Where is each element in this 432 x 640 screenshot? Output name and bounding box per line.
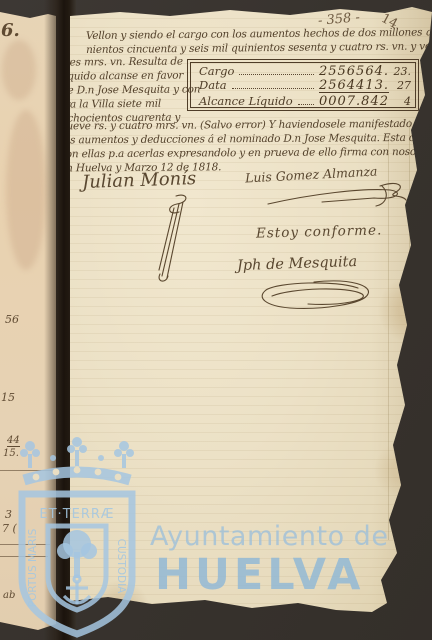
facing-page-digit-fragment: 3 — [5, 509, 12, 520]
signature-jph-mesquita: Jph de Mesquita — [237, 254, 358, 274]
archive-scan-canvas: 6. 56 15 44 15. 3 7 ( ab - 358 - 14 Vell… — [0, 0, 432, 640]
dotted-leader — [239, 74, 314, 75]
dotted-leader — [232, 88, 314, 89]
account-maravedis: 4 — [389, 96, 411, 108]
facing-page-text-fragment: ab — [3, 591, 15, 601]
manuscript-left-column: tres mrs. vn. Resulta de líquido alcanse… — [61, 54, 201, 125]
facing-page-stain — [6, 110, 46, 270]
facing-page-digit-fragment: 15 — [1, 392, 15, 403]
account-summary-box: Cargo 2556564. 23. Data 2564413. 27 Alca… — [190, 62, 416, 108]
facing-page-digit-fragment: 15. — [3, 449, 19, 459]
conforme-note: Estoy conforme. — [256, 222, 383, 241]
manuscript-line: de D.n Jose Mesquita y con — [61, 82, 200, 97]
account-label: Cargo — [199, 65, 234, 77]
account-maravedis: 23. — [389, 66, 411, 78]
manuscript-line: líquido alcanse en favor — [61, 68, 200, 83]
account-row-cargo: Cargo 2556564. 23. — [199, 65, 411, 79]
facing-page-number-fragment: 6. — [1, 22, 20, 40]
manuscript-line: tres mrs. vn. Resulta de — [61, 54, 200, 69]
manuscript-line: tra la Villa siete mil — [61, 96, 200, 111]
manuscript-paragraph-1: Vellon y siendo el cargo con los aumento… — [86, 25, 432, 57]
account-value: 0007.842 — [319, 95, 389, 108]
account-value: 2564413. — [319, 79, 389, 93]
signature-rubric-horizontal — [262, 180, 412, 212]
facing-page-rule — [0, 556, 48, 557]
facing-page-digit-fragment: 56 — [5, 314, 19, 325]
dotted-leader — [298, 104, 314, 105]
facing-page-digit-fragment: 7 ( — [2, 523, 17, 534]
account-label: Alcance Líquido — [199, 95, 293, 107]
signature-rubric-oval — [252, 276, 376, 318]
manuscript-line: con ellas p.a acerlas expresandolo y en … — [60, 145, 432, 162]
account-maravedis: 27 — [389, 80, 411, 92]
paper-fold-line — [409, 120, 410, 480]
account-value: 2556564. — [319, 65, 389, 78]
facing-page-digit-fragment: 44 — [7, 436, 20, 447]
account-row-data: Data 2564413. 27 — [199, 79, 411, 93]
facing-page-rule — [0, 544, 50, 545]
signature-rubric-vertical — [146, 190, 202, 286]
account-label: Data — [199, 79, 227, 91]
account-row-alcance: Alcance Líquido 0007.842 4 — [199, 95, 411, 109]
facing-page-stain — [2, 40, 36, 100]
